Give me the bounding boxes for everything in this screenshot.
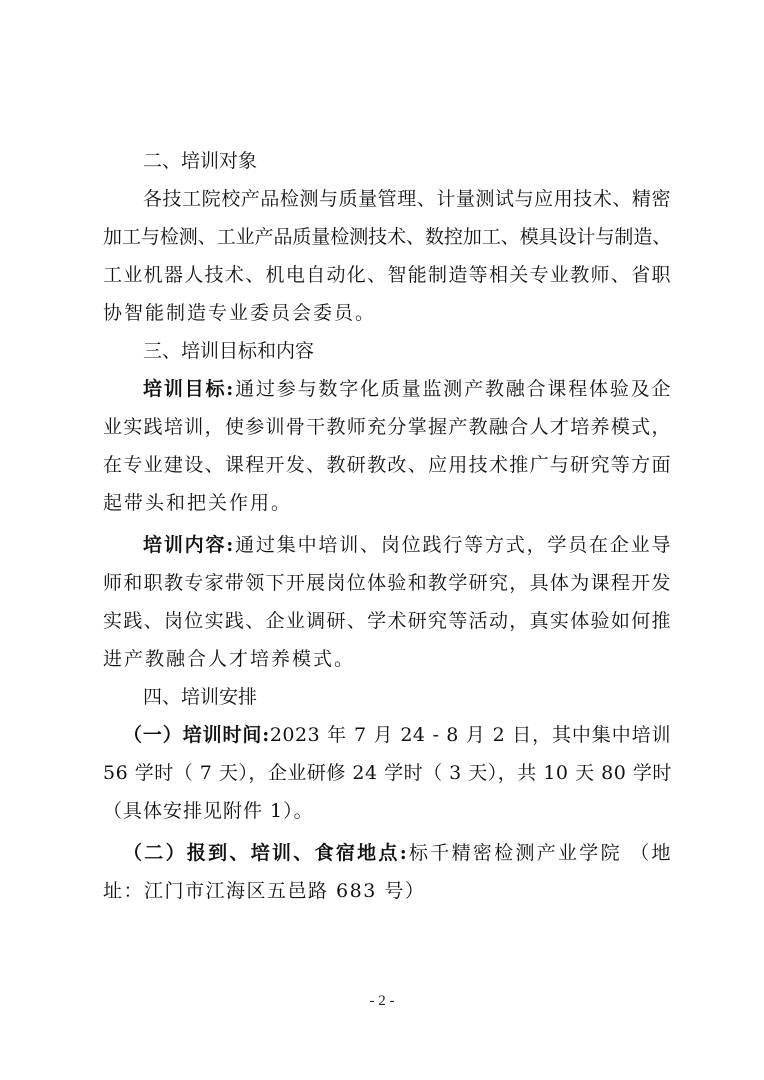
paragraph-line: 业实践培训，使参训骨干教师充分掌握产教融合人才培养模式， <box>103 408 671 446</box>
label-location: （二）报到、培训、食宿地点: <box>123 842 407 864</box>
paragraph-text: 通过集中培训、岗位践行等方式，学员在企业导 <box>234 534 671 556</box>
paragraph-line: 址：江门市江海区五邑路 683 号） <box>103 872 671 910</box>
label-training-goals: 培训目标: <box>143 378 234 400</box>
paragraph-first-line-goals: 培训目标:通过参与数字化质量监测产教融合课程体验及企 <box>103 370 671 408</box>
paragraph-line: （具体安排见附件 1）。 <box>103 792 671 830</box>
paragraph-text: 通过参与数字化质量监测产教融合课程体验及企 <box>234 378 671 400</box>
paragraph-first-line-location: （二）报到、培训、食宿地点:标千精密检测产业学院 （地 <box>103 834 671 872</box>
paragraph-line: 各技工院校产品检测与质量管理、计量测试与应用技术、精密 <box>103 180 671 218</box>
section-heading-training-arrangement: 四、培训安排 <box>103 678 671 716</box>
label-training-content: 培训内容: <box>143 534 234 556</box>
page-number: - 2 - <box>0 993 764 1010</box>
paragraph-line: 实践、岗位实践、企业调研、学术研究等活动，真实体验如何推 <box>103 602 671 640</box>
paragraph-line: 56 学时（ 7 天），企业研修 24 学时（ 3 天），共 10 天 80 学… <box>103 754 671 792</box>
paragraph-text: 2023 年 7 月 24 - 8 月 2 日，其中集中培训 <box>270 724 671 746</box>
label-training-time: （一）培训时间: <box>123 724 270 746</box>
paragraph-line: 师和职教专家带领下开展岗位体验和教学研究，具体为课程开发 <box>103 564 671 602</box>
paragraph-line: 工业机器人技术、机电自动化、智能制造等相关专业教师、省职 <box>103 256 671 294</box>
paragraph-text: 标千精密检测产业学院 （地 <box>407 842 671 864</box>
section-heading-training-targets: 二、培训对象 <box>103 142 671 180</box>
paragraph-first-line-content: 培训内容:通过集中培训、岗位践行等方式，学员在企业导 <box>103 526 671 564</box>
paragraph-line: 起带头和把关作用。 <box>103 484 671 522</box>
paragraph-line: 在专业建设、课程开发、教研教改、应用技术推广与研究等方面 <box>103 446 671 484</box>
paragraph-line: 加工与检测、工业产品质量检测技术、数控加工、模具设计与制造、 <box>103 218 671 256</box>
paragraph-first-line-time: （一）培训时间:2023 年 7 月 24 - 8 月 2 日，其中集中培训 <box>103 716 671 754</box>
paragraph-line: 协智能制造专业委员会委员。 <box>103 294 671 332</box>
section-heading-goals-and-content: 三、培训目标和内容 <box>103 332 671 370</box>
paragraph-line: 进产教融合人才培养模式。 <box>103 640 671 678</box>
document-page: 二、培训对象 各技工院校产品检测与质量管理、计量测试与应用技术、精密 加工与检测… <box>103 142 671 910</box>
